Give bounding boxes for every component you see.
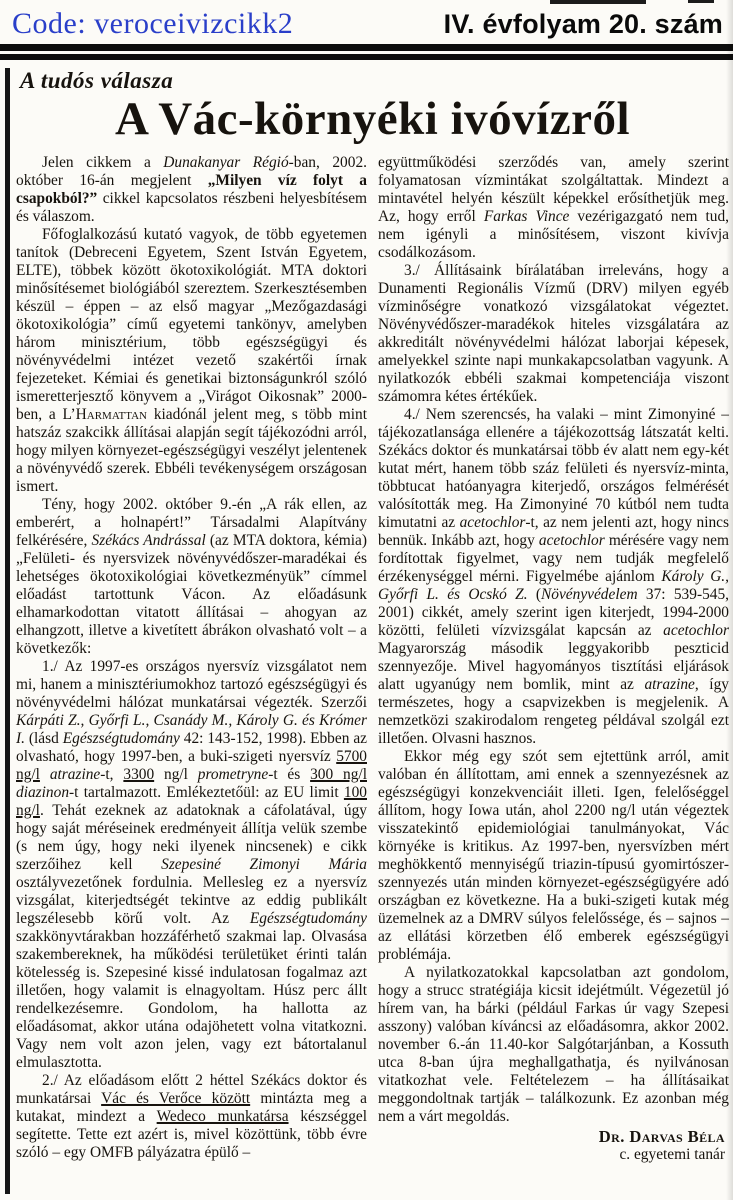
paragraph: Jelen cikkem a Dunakanyar Régió-ban, 200… (16, 154, 367, 226)
text-run: A nyilatkozatokkal kapcsolatban azt gond… (378, 964, 729, 1125)
paragraph: Főfoglalkozású kutató vagyok, de több eg… (16, 226, 367, 496)
article-kicker: A tudós válasza (20, 68, 729, 94)
text-run: 1./ Az 1997-es országos nyersvíz vizsgál… (16, 658, 367, 711)
text-run: ( (528, 586, 541, 603)
text-run (40, 766, 50, 783)
header-double-rule (0, 44, 733, 60)
text-run: acetochlor (460, 514, 526, 531)
text-run: 3300 (123, 766, 154, 783)
text-run: Ekkor még egy szót sem ejtettünk arról, … (378, 748, 729, 963)
column-right: együttműködési szerződés van, amely szer… (378, 154, 729, 1164)
text-run: atrazine (50, 766, 100, 783)
text-run: Főfoglalkozású kutató vagyok, de több eg… (16, 226, 367, 423)
issue-label: IV. évfolyam 20. szám (444, 9, 723, 40)
text-run: (lásd (25, 730, 63, 747)
rule-top (0, 44, 733, 51)
page-header: Code: veroceivizcikk2 IV. évfolyam 20. s… (0, 0, 733, 41)
text-run: -t, (100, 766, 123, 783)
text-run: 3./ Állításaink bírálatában irreleváns, … (378, 262, 729, 405)
text-run: prometryne (198, 766, 268, 783)
text-run: Szepesiné Zimonyi Mária (161, 856, 367, 873)
text-run: Vác és Verőce között (101, 1090, 250, 1107)
article-headline: A Vác-környéki ivóvízről (16, 95, 729, 144)
scan-artifact (550, 0, 646, 4)
text-run: acetochlor (539, 532, 605, 549)
left-border-rule (5, 68, 10, 1194)
paragraph: 2./ Az előadásom előtt 2 héttel Székács … (16, 1072, 367, 1162)
text-run: L’Harmattan (63, 406, 147, 423)
article: A tudós válasza A Vác-környéki ivóvízről… (0, 60, 733, 1164)
text-run: Dunakanyar Régió (163, 154, 288, 171)
scan-artifact (688, 0, 714, 3)
text-run: ng/l (154, 766, 198, 783)
text-run: Egészségtudomány (63, 730, 180, 747)
text-run: -t tartalmazott. Emlékeztetőül: az EU li… (69, 784, 344, 801)
text-run: atrazine (644, 676, 694, 693)
text-run: (az MTA doktora, kémia) „Felületi- és ny… (16, 532, 367, 657)
code-label: Code: veroceivizcikk2 (12, 7, 293, 41)
signature-title: c. egyetemi tanár (378, 1146, 729, 1164)
text-run: szakkönyvtárakban hozzáférhető szakmai l… (16, 928, 367, 1071)
column-left: Jelen cikkem a Dunakanyar Régió-ban, 200… (16, 154, 367, 1164)
text-run: 4./ Nem szerencsés, ha valaki – mint Zim… (378, 406, 729, 531)
scan-edge-shadow (726, 0, 733, 1200)
text-run: diazinon (16, 784, 69, 801)
text-run: Farkas Vince (484, 208, 570, 225)
text-run: acetochlor (663, 622, 729, 639)
signature-name: Dr. Darvas Béla (378, 1128, 729, 1146)
text-run: 300 ng/l (310, 766, 367, 783)
text-run: -t és (268, 766, 310, 783)
paragraph: Tény, hogy 2002. október 9.-én „A rák el… (16, 496, 367, 658)
text-run: Székács Andrással (92, 532, 206, 549)
scanned-newspaper-page: Code: veroceivizcikk2 IV. évfolyam 20. s… (0, 0, 733, 1200)
text-run: Növényvédelem (541, 586, 638, 603)
paragraph: Ekkor még egy szót sem ejtettünk arról, … (378, 748, 729, 964)
paragraph: A nyilatkozatokkal kapcsolatban azt gond… (378, 964, 729, 1126)
paragraph: 4./ Nem szerencsés, ha valaki – mint Zim… (378, 406, 729, 748)
paragraph: 3./ Állításaink bírálatában irreleváns, … (378, 262, 729, 406)
article-columns: Jelen cikkem a Dunakanyar Régió-ban, 200… (16, 154, 729, 1164)
text-run: Jelen cikkem a (42, 154, 163, 171)
text-run: Egészségtudomány (250, 910, 367, 927)
paragraph: együttműködési szerződés van, amely szer… (378, 154, 729, 262)
paragraph: 1./ Az 1997-es országos nyersvíz vizsgál… (16, 658, 367, 1072)
text-run: Wedeco munkatársa (157, 1108, 289, 1125)
